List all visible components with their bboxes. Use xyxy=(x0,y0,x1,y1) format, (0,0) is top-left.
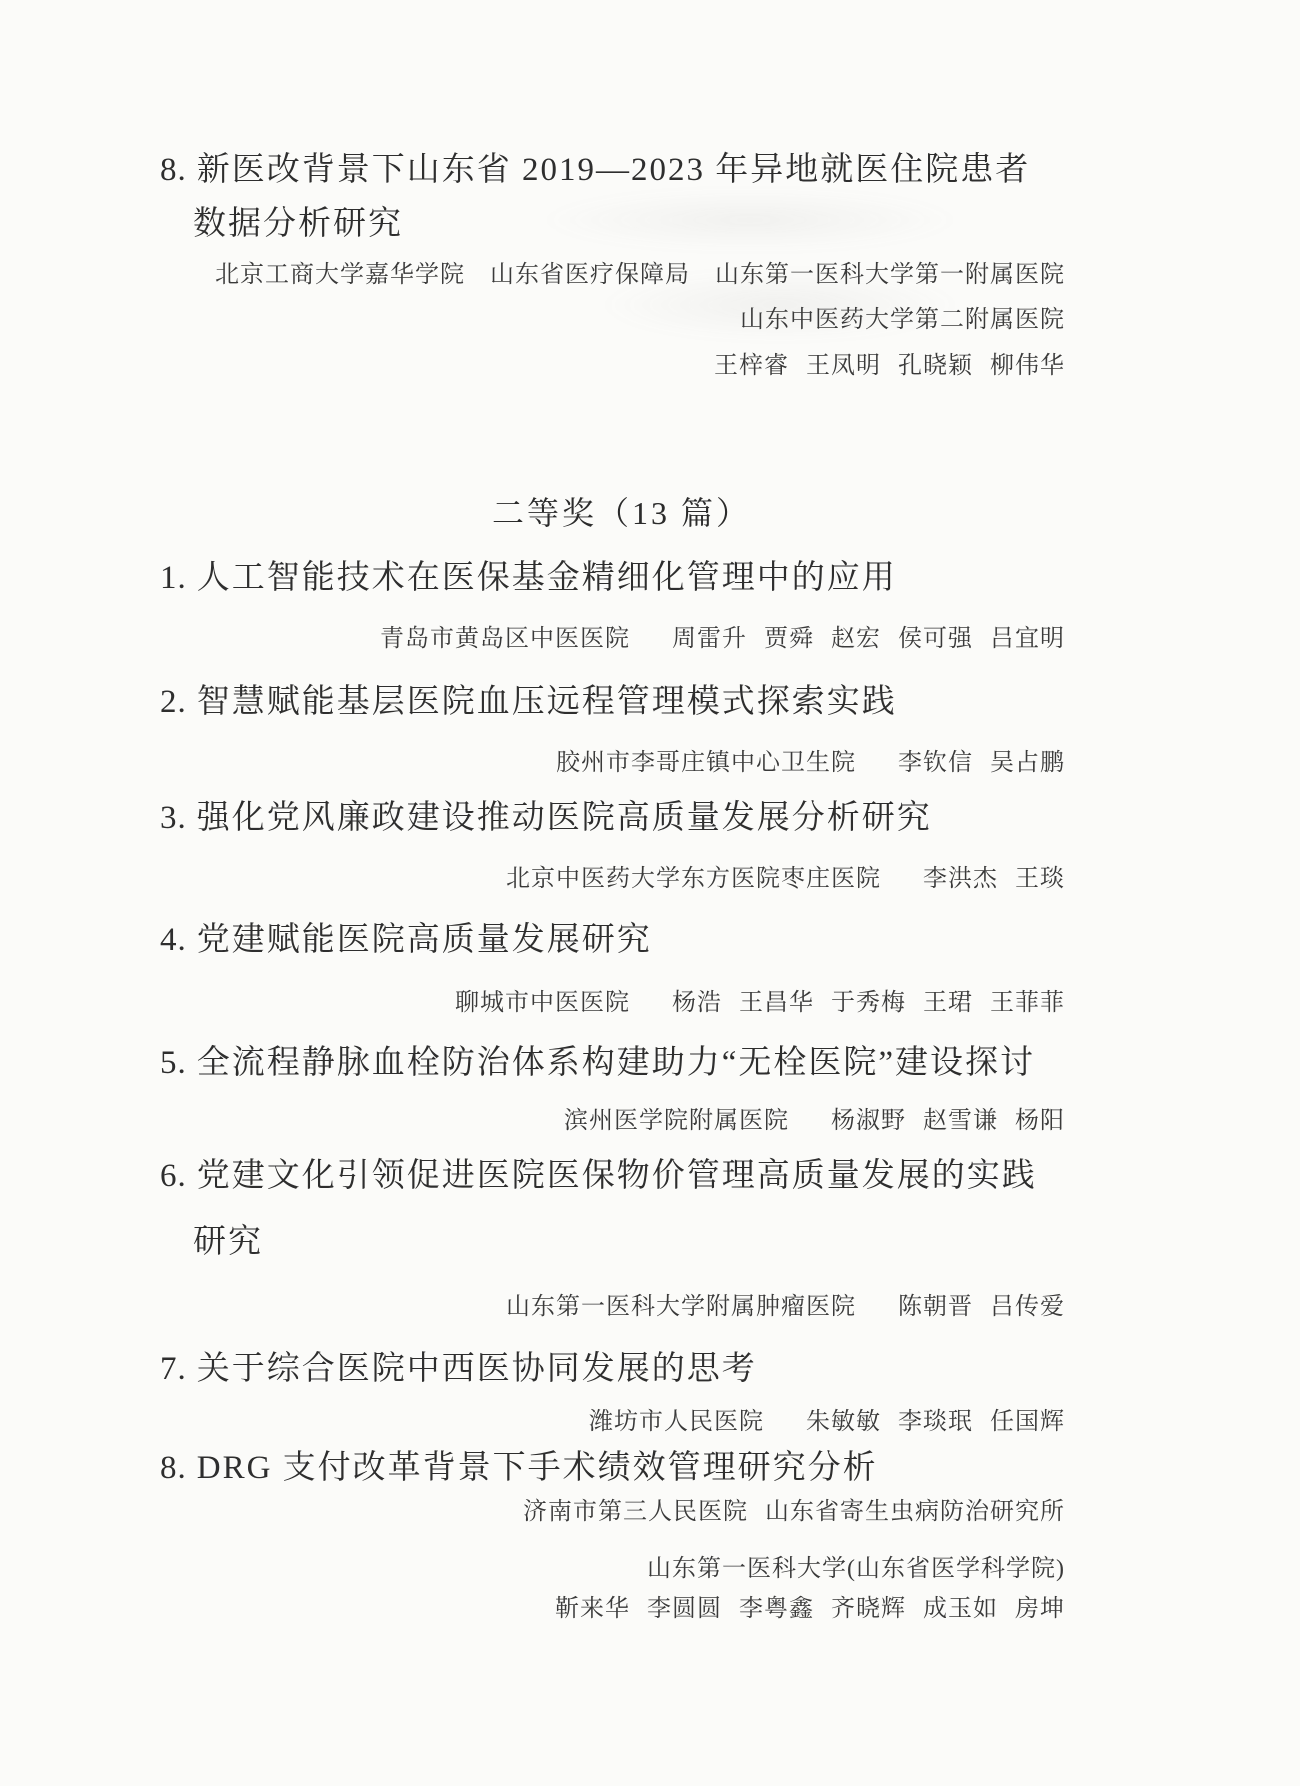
item-title-line: 6.党建文化引领促进医院医保物价管理高质量发展的实践 xyxy=(160,1158,1037,1196)
item-title-line: 1.人工智能技术在医保基金精细化管理中的应用 xyxy=(160,560,897,598)
item-title-text: 人工智能技术在医保基金精细化管理中的应用 xyxy=(197,560,897,596)
authors-line: 靳来华 李圆圆 李粤鑫 齐晓辉 成玉如 房坤 xyxy=(555,1596,1065,1624)
item-title-text: 党建文化引领促进医院医保物价管理高质量发展的实践 xyxy=(197,1158,1037,1194)
affiliation: 胶州市李哥庄镇中心卫生院 xyxy=(556,750,856,778)
item-number: 5. xyxy=(160,1045,187,1081)
section-heading: 二等奖（13 篇） xyxy=(492,495,751,532)
item-title-text: 全流程静脉血栓防治体系构建助力“无栓医院”建设探讨 xyxy=(197,1045,1035,1081)
item-meta-line: 青岛市黄岛区中医医院 周雷升 贾舜 赵宏 侯可强 吕宜明 xyxy=(380,626,1065,654)
item-title-line: 8.新医改背景下山东省 2019—2023 年异地就医住院患者 xyxy=(160,152,1030,190)
item-title-text: 强化党风廉政建设推动医院高质量发展分析研究 xyxy=(197,800,932,836)
item-title-line: 7.关于综合医院中西医协同发展的思考 xyxy=(160,1351,757,1389)
item-meta-line: 胶州市李哥庄镇中心卫生院 李钦信 吴占鹏 xyxy=(556,750,1065,778)
page-content: 8.新医改背景下山东省 2019—2023 年异地就医住院患者 数据分析研究 北… xyxy=(160,0,1065,1786)
item-number: 6. xyxy=(160,1158,187,1194)
authors: 杨淑野 赵雪谦 杨阳 xyxy=(831,1108,1065,1136)
item-title-text: 智慧赋能基层医院血压远程管理模式探索实践 xyxy=(197,684,897,720)
affiliation-line: 山东中医药大学第二附属医院 xyxy=(740,307,1065,335)
item-title-line: 8.DRG 支付改革背景下手术绩效管理研究分析 xyxy=(160,1450,878,1488)
affiliation-line: 山东第一医科大学(山东省医学科学院) xyxy=(647,1556,1065,1584)
item-meta-line: 聊城市中医医院 杨浩 王昌华 于秀梅 王珺 王菲菲 xyxy=(455,990,1065,1018)
authors: 杨浩 王昌华 于秀梅 王珺 王菲菲 xyxy=(672,990,1065,1018)
item-title-line: 2.智慧赋能基层医院血压远程管理模式探索实践 xyxy=(160,684,897,722)
authors-line: 王梓睿 王凤明 孔晓颖 柳伟华 xyxy=(714,353,1065,381)
item-number: 8. xyxy=(160,152,187,188)
authors: 李钦信 吴占鹏 xyxy=(898,750,1065,778)
item-meta-line: 滨州医学院附属医院 杨淑野 赵雪谦 杨阳 xyxy=(564,1108,1065,1136)
affiliation: 山东第一医科大学附属肿瘤医院 xyxy=(506,1294,856,1322)
item-meta-line: 潍坊市人民医院 朱敏敏 李琰珉 任国辉 xyxy=(589,1409,1065,1437)
affiliation: 青岛市黄岛区中医医院 xyxy=(380,626,630,654)
item-number: 8. xyxy=(160,1450,187,1486)
item-title-line-2: 研究 xyxy=(193,1224,263,1262)
authors: 朱敏敏 李琰珉 任国辉 xyxy=(806,1409,1065,1437)
item-title-line-2: 数据分析研究 xyxy=(193,206,403,244)
affiliation-line: 北京工商大学嘉华学院 山东省医疗保障局 山东第一医科大学第一附属医院 xyxy=(215,262,1065,290)
item-title-text: 党建赋能医院高质量发展研究 xyxy=(197,922,652,958)
item-title-text: DRG 支付改革背景下手术绩效管理研究分析 xyxy=(197,1450,878,1486)
authors: 李洪杰 王琰 xyxy=(923,866,1065,894)
authors: 周雷升 贾舜 赵宏 侯可强 吕宜明 xyxy=(672,626,1065,654)
item-number: 3. xyxy=(160,800,187,836)
affiliation: 聊城市中医医院 xyxy=(455,990,630,1018)
affiliation: 北京中医药大学东方医院枣庄医院 xyxy=(506,866,881,894)
affiliation: 潍坊市人民医院 xyxy=(589,1409,764,1437)
item-title-text: 新医改背景下山东省 2019—2023 年异地就医住院患者 xyxy=(197,152,1031,188)
item-number: 4. xyxy=(160,922,187,958)
item-title-line: 4.党建赋能医院高质量发展研究 xyxy=(160,922,652,960)
item-title-text: 关于综合医院中西医协同发展的思考 xyxy=(197,1351,757,1387)
affiliation: 滨州医学院附属医院 xyxy=(564,1108,789,1136)
affiliation-line: 济南市第三人民医院 山东省寄生虫病防治研究所 xyxy=(523,1499,1065,1527)
item-number: 7. xyxy=(160,1351,187,1387)
item-number: 2. xyxy=(160,684,187,720)
item-meta-line: 北京中医药大学东方医院枣庄医院 李洪杰 王琰 xyxy=(506,866,1065,894)
item-title-line: 3.强化党风廉政建设推动医院高质量发展分析研究 xyxy=(160,800,932,838)
document-page: 8.新医改背景下山东省 2019—2023 年异地就医住院患者 数据分析研究 北… xyxy=(0,0,1300,1786)
item-title-line: 5.全流程静脉血栓防治体系构建助力“无栓医院”建设探讨 xyxy=(160,1045,1035,1083)
item-number: 1. xyxy=(160,560,187,596)
item-meta-line: 山东第一医科大学附属肿瘤医院 陈朝晋 吕传爱 xyxy=(506,1294,1065,1322)
authors: 陈朝晋 吕传爱 xyxy=(898,1294,1065,1322)
